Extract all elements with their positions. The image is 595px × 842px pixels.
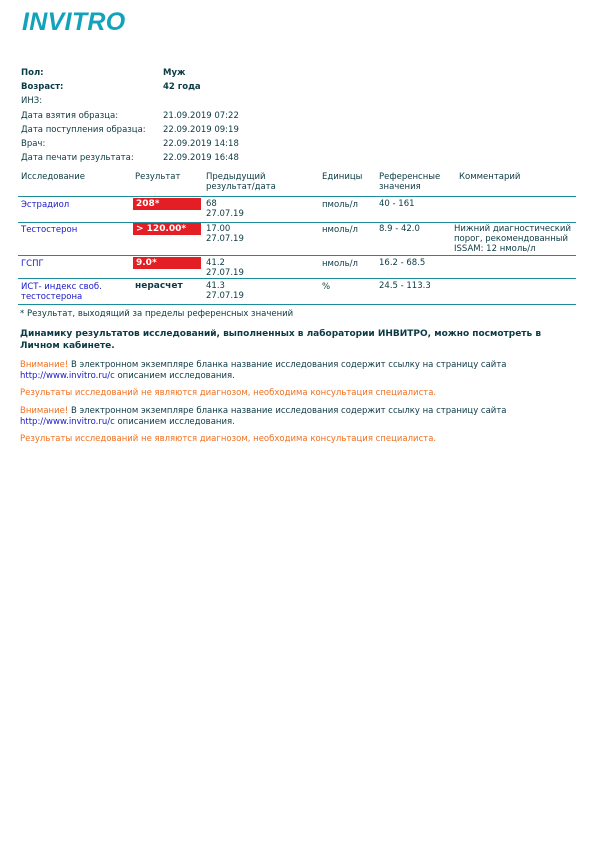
result-flagged: 9.0* xyxy=(133,257,201,269)
units: нмоль/л xyxy=(322,225,358,235)
test-name-link[interactable]: Тестостерон xyxy=(21,225,77,235)
comment: Нижний диагностический xyxy=(454,224,571,234)
test-name-link[interactable]: тестостерона xyxy=(21,292,82,302)
notice-text: В электронном экземпляре бланка название… xyxy=(68,360,506,370)
notice: Внимание! В электронном экземпляре бланк… xyxy=(20,406,580,428)
comment: порог, рекомендованный xyxy=(454,234,568,244)
prev-value: 41.2 xyxy=(206,258,225,268)
reference: 40 - 161 xyxy=(379,199,415,209)
disclaimer: Результаты исследований не являются диаг… xyxy=(20,434,580,445)
reference: 16.2 - 68.5 xyxy=(379,258,425,268)
divider xyxy=(18,278,576,279)
header-prev-1: Предыдущий xyxy=(206,172,266,182)
site-link[interactable]: http://www.invitro.ru/ xyxy=(20,417,110,427)
reference: 24.5 - 113.3 xyxy=(379,281,431,291)
reference: 8.9 - 42.0 xyxy=(379,224,420,234)
divider xyxy=(18,222,576,223)
warning-label: Внимание! xyxy=(20,360,68,370)
divider xyxy=(18,304,576,305)
header-test: Исследование xyxy=(21,172,85,182)
info-label: Дата взятия образца: xyxy=(21,110,118,122)
prev-value: 41.3 xyxy=(206,281,225,291)
divider xyxy=(18,196,576,197)
info-label: Возраст: xyxy=(21,81,63,93)
units: нмоль/л xyxy=(322,259,358,269)
result-flagged: 208* xyxy=(133,198,201,210)
info-value: Муж xyxy=(163,67,185,79)
info-label: ИНЗ: xyxy=(21,95,42,107)
invitro-logo: INVITRO xyxy=(22,8,126,37)
units: пмоль/л xyxy=(322,200,358,210)
notice-text: В электронном экземпляре бланка название… xyxy=(68,406,506,416)
prev-date: 27.07.19 xyxy=(206,268,244,278)
dynamics-note: Динамику результатов исследований, выпол… xyxy=(20,328,580,352)
units: % xyxy=(322,282,330,292)
result-value: нерасчет xyxy=(135,280,183,292)
notice-tail: с описанием исследования. xyxy=(110,371,235,381)
prev-date: 27.07.19 xyxy=(206,234,244,244)
header-comment: Комментарий xyxy=(459,172,520,182)
info-label: Врач: xyxy=(21,138,45,150)
header-result: Результат xyxy=(135,172,180,182)
info-value: 22.09.2019 14:18 xyxy=(163,138,239,150)
notice-tail: с описанием исследования. xyxy=(110,417,235,427)
prev-date: 27.07.19 xyxy=(206,209,244,219)
site-link[interactable]: http://www.invitro.ru/ xyxy=(20,371,110,381)
header-ref-2: значения xyxy=(379,182,421,192)
info-label: Дата печати результата: xyxy=(21,152,134,164)
footnote: * Результат, выходящий за пределы рефере… xyxy=(20,309,293,319)
info-value: 22.09.2019 16:48 xyxy=(163,152,239,164)
warning-label: Внимание! xyxy=(20,406,68,416)
prev-value: 68 xyxy=(206,199,217,209)
info-label: Дата поступления образца: xyxy=(21,124,146,136)
comment: ISSAM: 12 нмоль/л xyxy=(454,244,536,254)
header-units: Единицы xyxy=(322,172,362,182)
prev-date: 27.07.19 xyxy=(206,291,244,301)
header-ref-1: Референсные xyxy=(379,172,440,182)
info-label: Пол: xyxy=(21,67,44,79)
test-name-link[interactable]: Эстрадиол xyxy=(21,200,69,210)
test-name-link[interactable]: ИСТ- индекс своб. xyxy=(21,282,102,292)
disclaimer: Результаты исследований не являются диаг… xyxy=(20,388,580,399)
notice: Внимание! В электронном экземпляре бланк… xyxy=(20,360,580,382)
prev-value: 17.00 xyxy=(206,224,230,234)
result-flagged: > 120.00* xyxy=(133,223,201,235)
divider xyxy=(18,255,576,256)
info-value: 21.09.2019 07:22 xyxy=(163,110,239,122)
info-value: 42 года xyxy=(163,81,201,93)
info-value: 22.09.2019 09:19 xyxy=(163,124,239,136)
header-prev-2: результат/дата xyxy=(206,182,276,192)
test-name-link[interactable]: ГСПГ xyxy=(21,259,44,269)
